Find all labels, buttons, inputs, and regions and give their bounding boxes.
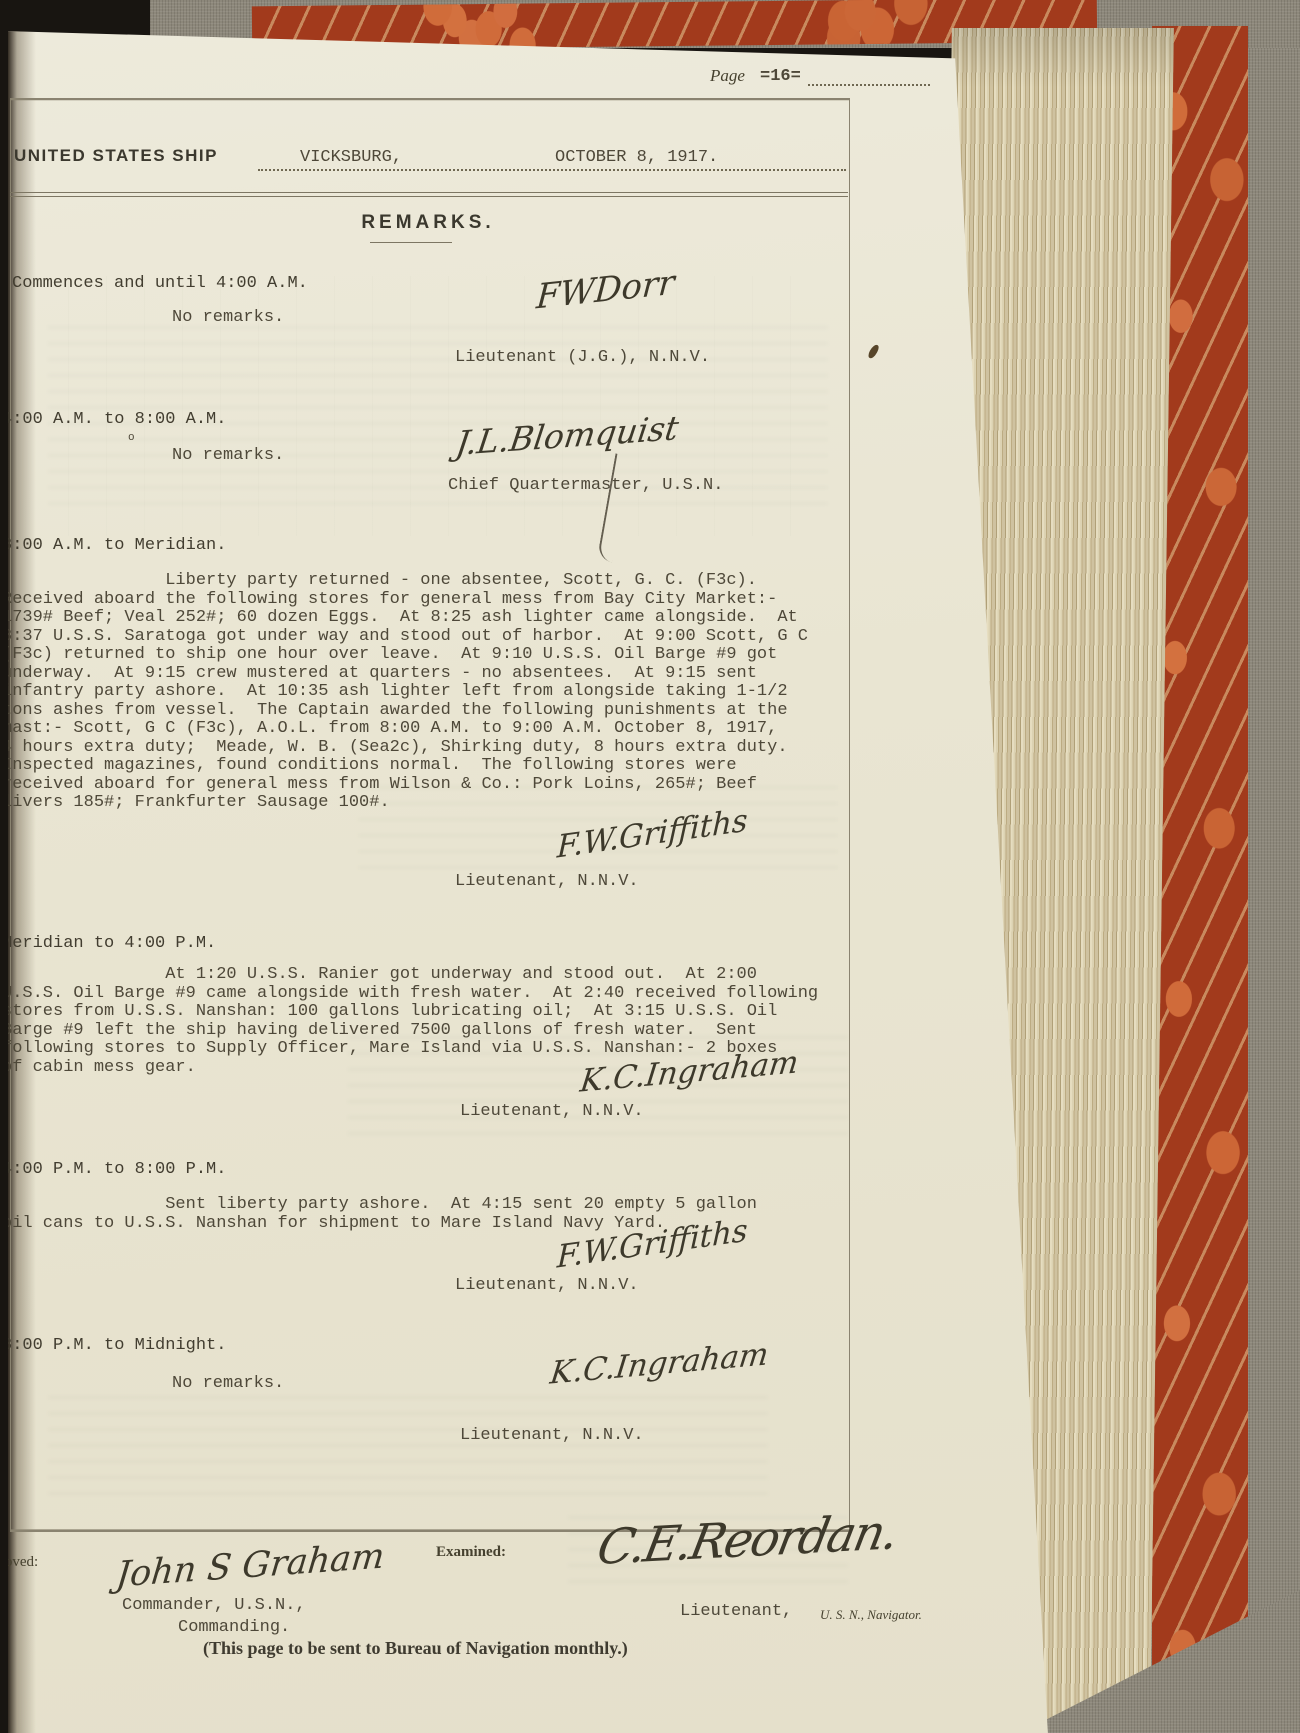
header-rule <box>10 192 848 193</box>
log-entry-2: No remarks. <box>172 446 284 465</box>
log-page: Page =16= UNITED STATES SHIP VICKSBURG, … <box>8 26 1050 1733</box>
watch-heading-4: Meridian to 4:00 P.M. <box>8 934 216 953</box>
log-entry-6: No remarks. <box>172 1374 284 1393</box>
watch-heading-6: 8:00 P.M. to Midnight. <box>8 1336 226 1355</box>
watch-heading-3: 8:00 A.M. to Meridian. <box>8 536 226 555</box>
bureau-note: (This page to be sent to Bureau of Navig… <box>203 1638 628 1659</box>
rank-4: Lieutenant, N.N.V. <box>460 1102 644 1121</box>
examined-rank-suffix: U. S. N., Navigator. <box>820 1607 922 1623</box>
page-label: Page <box>710 66 745 86</box>
remarks-title: REMARKS. <box>308 212 548 234</box>
examined-rank: Lieutenant, <box>680 1602 792 1621</box>
ship-name: VICKSBURG, <box>300 148 402 167</box>
page-number: =16= <box>760 67 801 86</box>
watch-heading-2: 4:00 A.M. to 8:00 A.M. <box>8 410 226 429</box>
approved-label: Approved: <box>8 1554 38 1571</box>
header-dotted-line <box>258 169 846 171</box>
log-entry-3: Liberty party returned - one absentee, S… <box>8 572 808 813</box>
rank-5: Lieutenant, N.N.V. <box>455 1276 639 1295</box>
correction-mark: o <box>128 432 135 444</box>
approved-signature: John S Graham <box>114 1536 386 1595</box>
page-number-dotted-line <box>808 84 930 86</box>
examined-label: Examined: <box>436 1544 506 1561</box>
rank-1: Lieutenant (J.G.), N.N.V. <box>455 348 710 367</box>
remarks-underline <box>370 242 452 243</box>
watch-heading-1: Commences and until 4:00 A.M. <box>12 274 308 293</box>
rank-6: Lieutenant, N.N.V. <box>460 1426 644 1445</box>
watch-heading-5: 4:00 P.M. to 8:00 P.M. <box>8 1160 226 1179</box>
rank-3: Lieutenant, N.N.V. <box>455 872 639 891</box>
rank-2: Chief Quartermaster, U.S.N. <box>448 476 723 495</box>
header-rule <box>10 196 848 197</box>
ship-label: UNITED STATES SHIP <box>14 146 218 166</box>
approved-rank-line2: Commanding. <box>178 1618 290 1637</box>
ink-fleck <box>867 343 880 360</box>
log-entry-1: No remarks. <box>172 308 284 327</box>
approved-rank-line1: Commander, U.S.N., <box>122 1596 306 1615</box>
log-date: OCTOBER 8, 1917. <box>555 148 718 167</box>
